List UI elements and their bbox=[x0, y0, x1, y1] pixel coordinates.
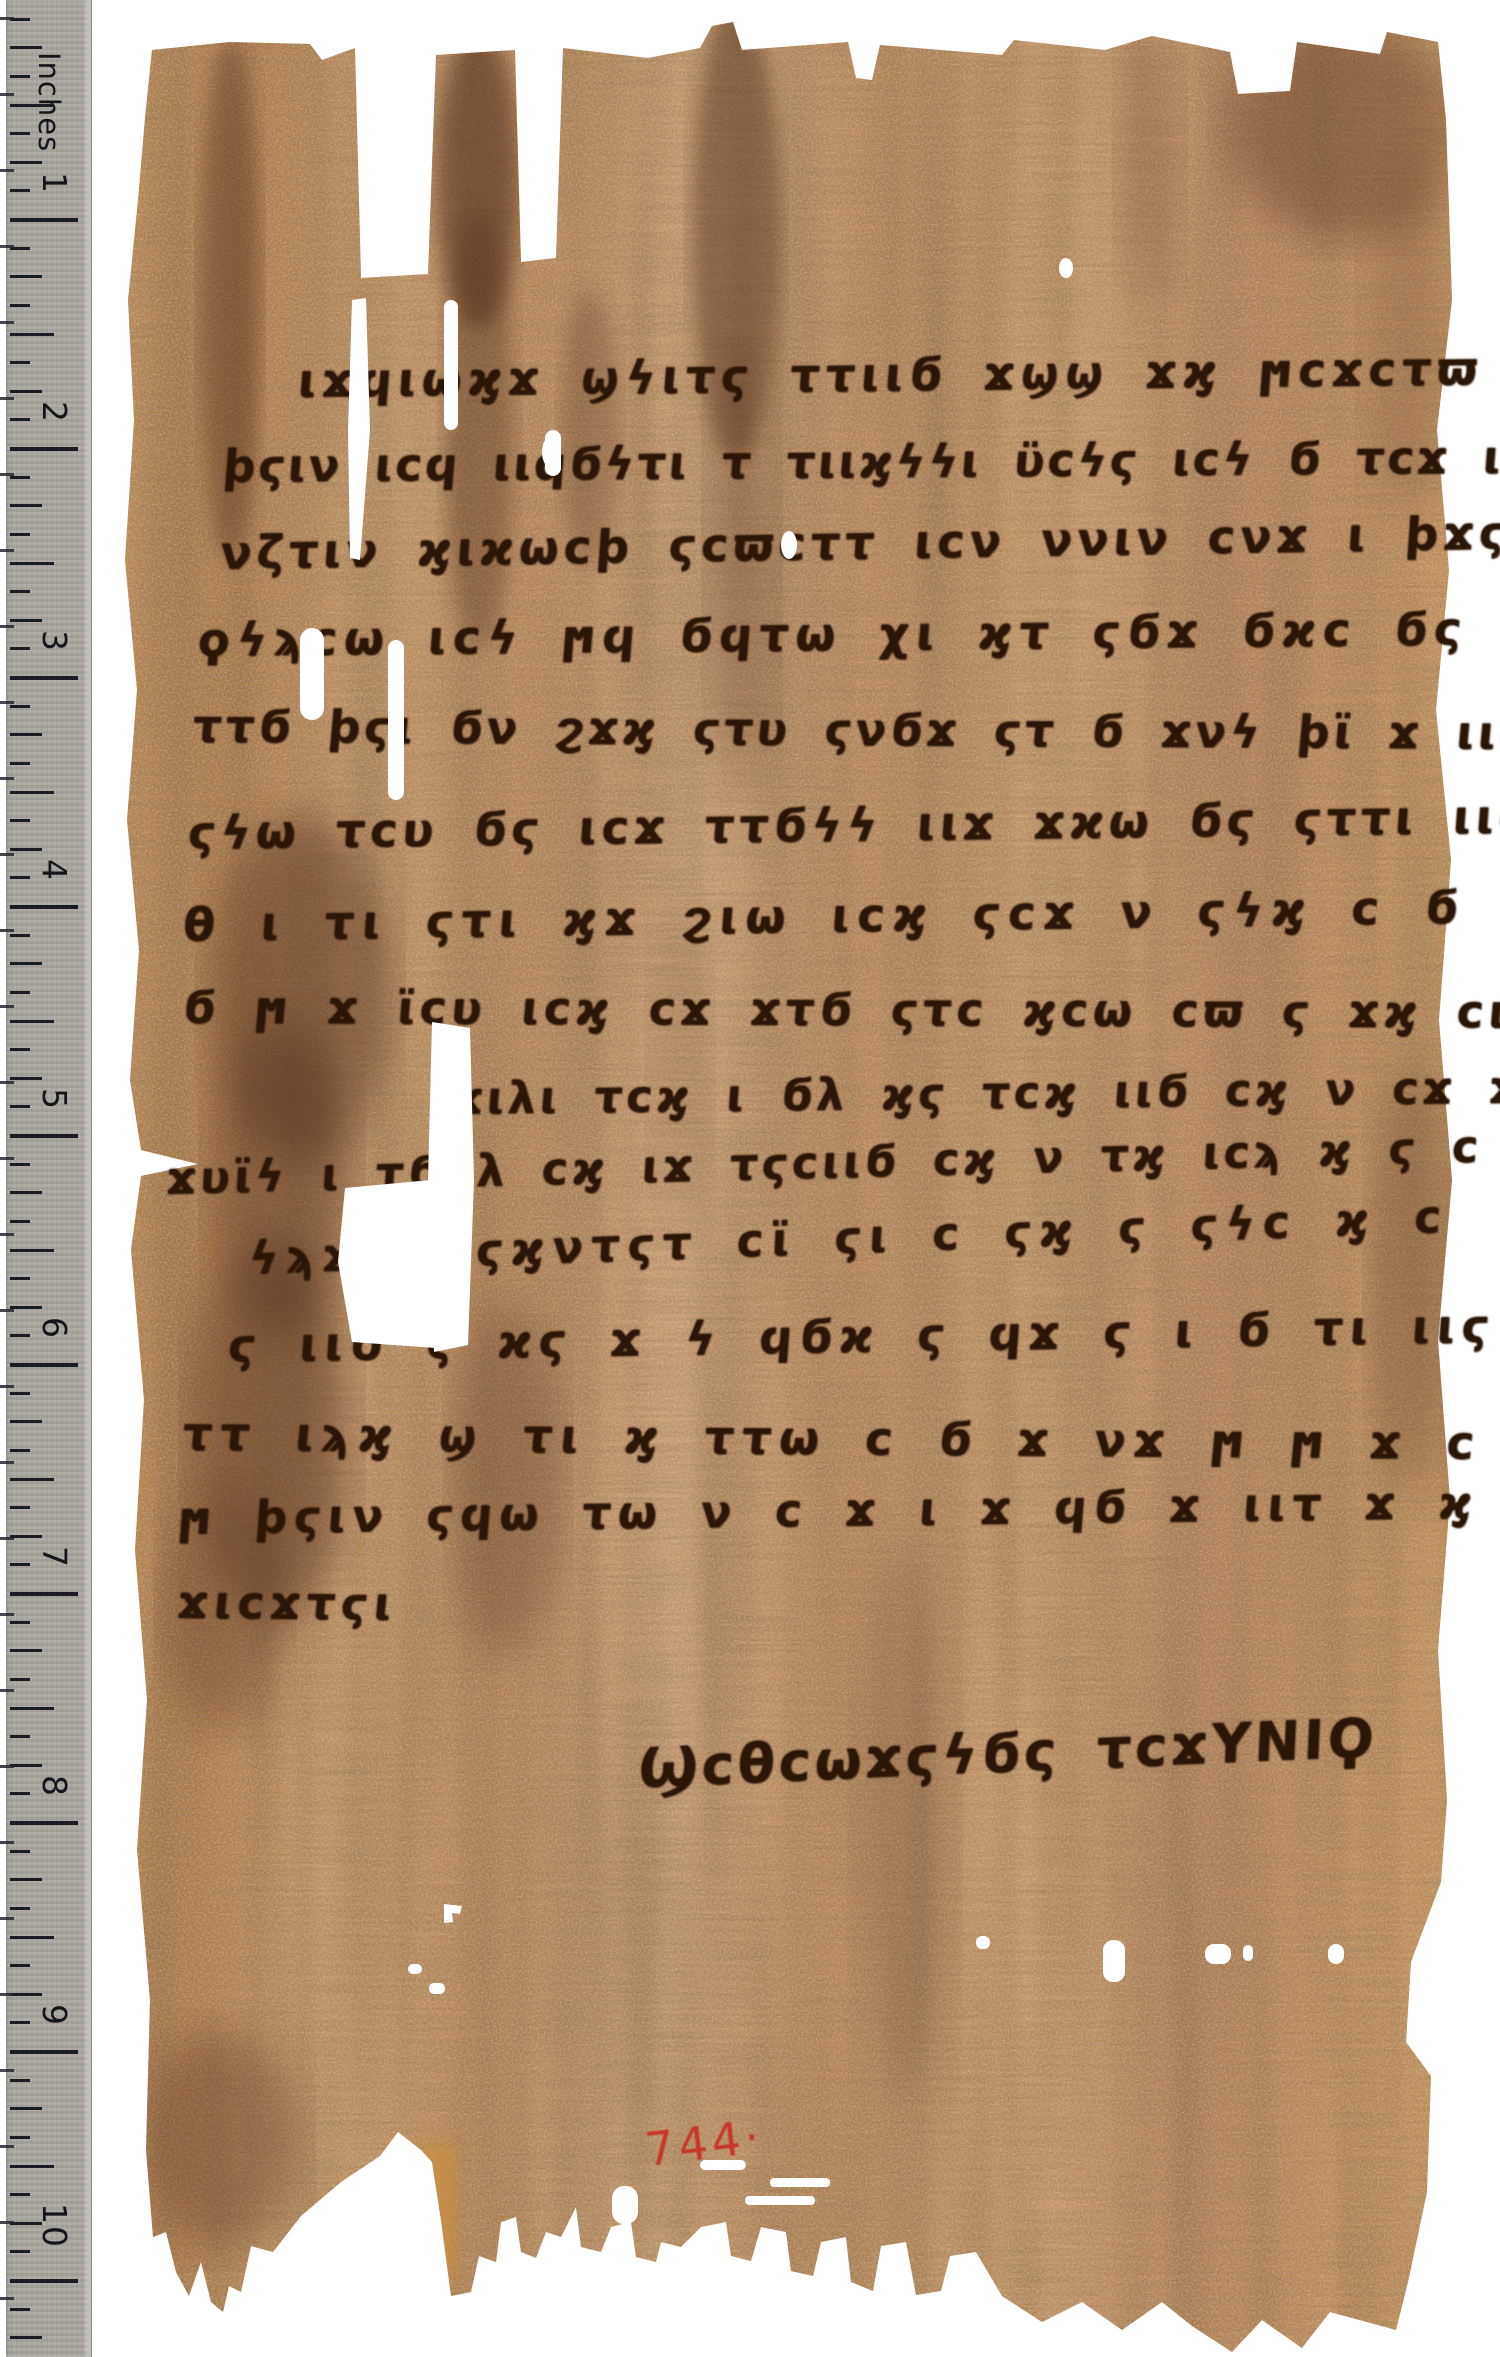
papyrus-holes bbox=[0, 0, 1500, 2357]
photo-stage: Inches 12345678910 bbox=[0, 0, 1500, 2357]
